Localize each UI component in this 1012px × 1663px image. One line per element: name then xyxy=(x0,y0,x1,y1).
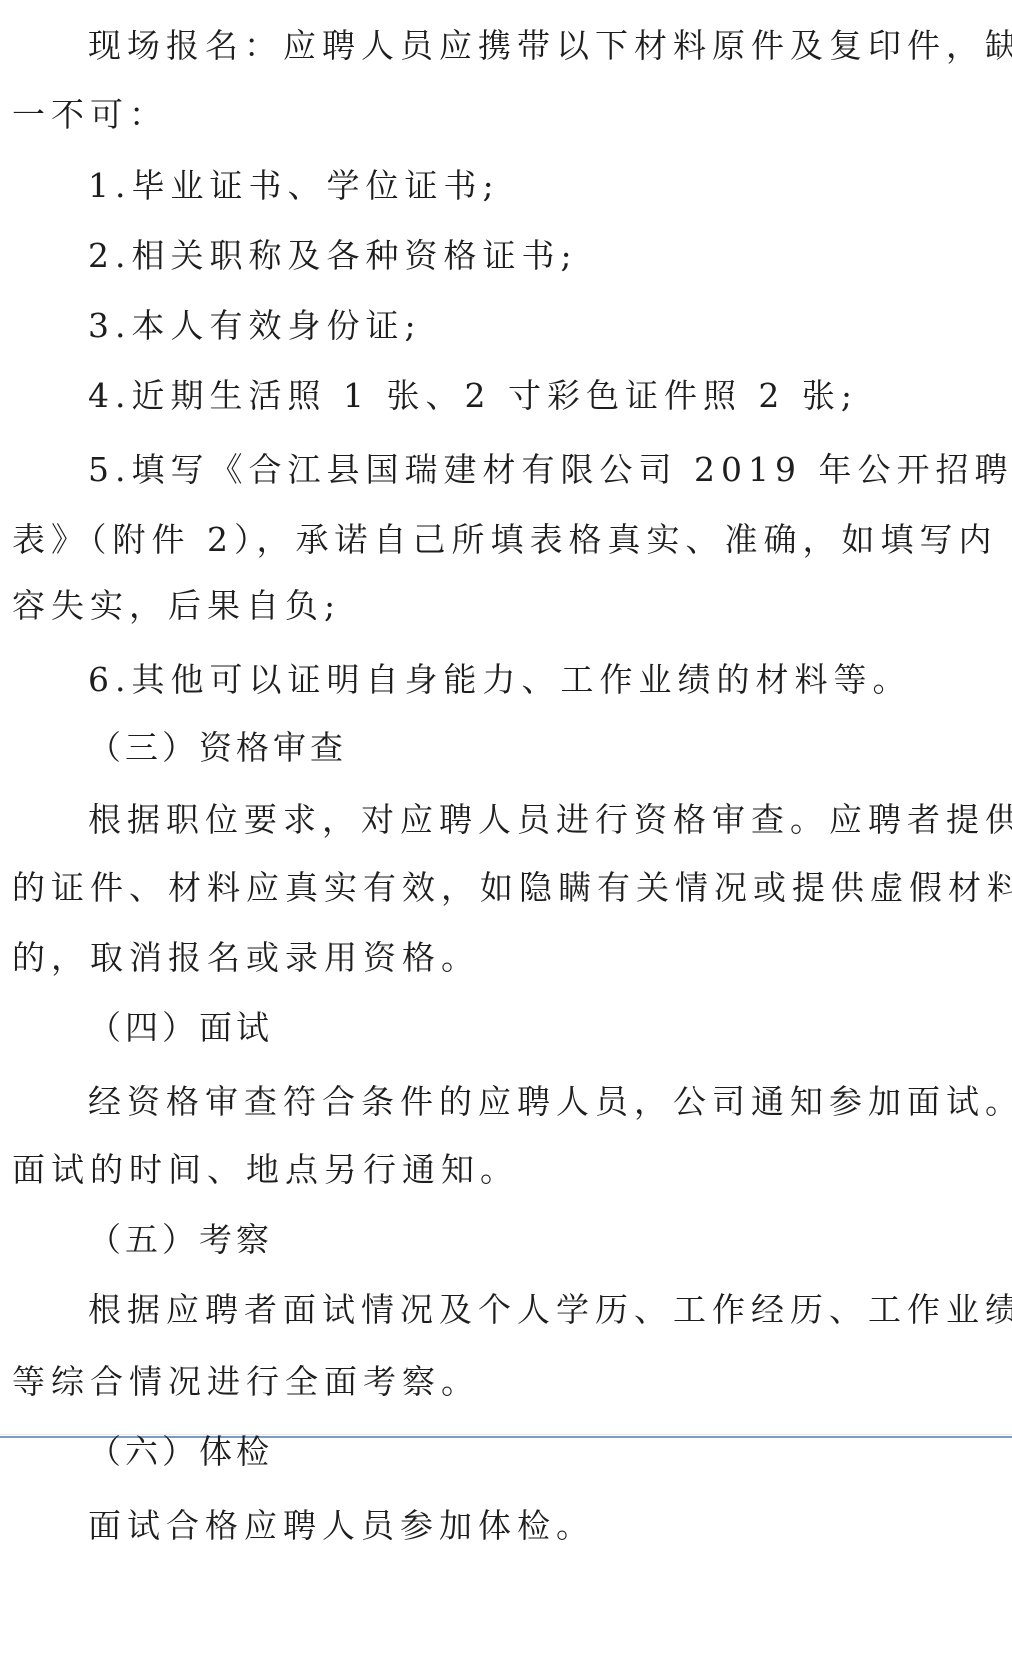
section4-line-2: 面试的时间、地点另行通知。 xyxy=(12,1150,519,1190)
section5-line-2: 等综合情况进行全面考察。 xyxy=(12,1362,480,1402)
section-heading-qualification-review: （三）资格审查 xyxy=(88,728,347,768)
list-item-5-line-1: 5.填写《合江县国瑞建材有限公司 2019 年公开招聘报名 xyxy=(88,450,1012,490)
list-item-2: 2.相关职称及各种资格证书; xyxy=(88,236,578,276)
section-heading-assessment: （五）考察 xyxy=(88,1220,273,1260)
section5-line-1: 根据应聘者面试情况及个人学历、工作经历、工作业绩 xyxy=(88,1290,1012,1330)
section-heading-interview: （四）面试 xyxy=(88,1008,273,1048)
list-item-3: 3.本人有效身份证; xyxy=(88,306,422,346)
list-item-1: 1.毕业证书、学位证书; xyxy=(88,166,500,206)
list-item-4: 4.近期生活照 1 张、2 寸彩色证件照 2 张; xyxy=(88,376,858,416)
section4-line-1: 经资格审查符合条件的应聘人员，公司通知参加面试。 xyxy=(88,1082,1012,1122)
list-item-5-line-3: 容失实，后果自负; xyxy=(12,586,341,626)
paragraph-onsite-registration-line-1: 现场报名：应聘人员应携带以下材料原件及复印件，缺 xyxy=(88,26,1012,66)
section6-line-1: 面试合格应聘人员参加体检。 xyxy=(88,1506,595,1546)
section3-line-1: 根据职位要求，对应聘人员进行资格审查。应聘者提供 xyxy=(88,800,1012,840)
section3-line-3: 的，取消报名或录用资格。 xyxy=(12,938,480,978)
list-item-6: 6.其他可以证明自身能力、工作业绩的材料等。 xyxy=(88,660,912,700)
paragraph-onsite-registration-line-2: 一不可： xyxy=(12,95,168,135)
section3-line-2: 的证件、材料应真实有效，如隐瞒有关情况或提供虚假材料 xyxy=(12,868,1012,908)
list-item-5-line-2: 表》（附件 2），承诺自己所填表格真实、准确，如填写内 xyxy=(12,520,998,560)
section-heading-medical-exam: （六）体检 xyxy=(88,1432,273,1472)
